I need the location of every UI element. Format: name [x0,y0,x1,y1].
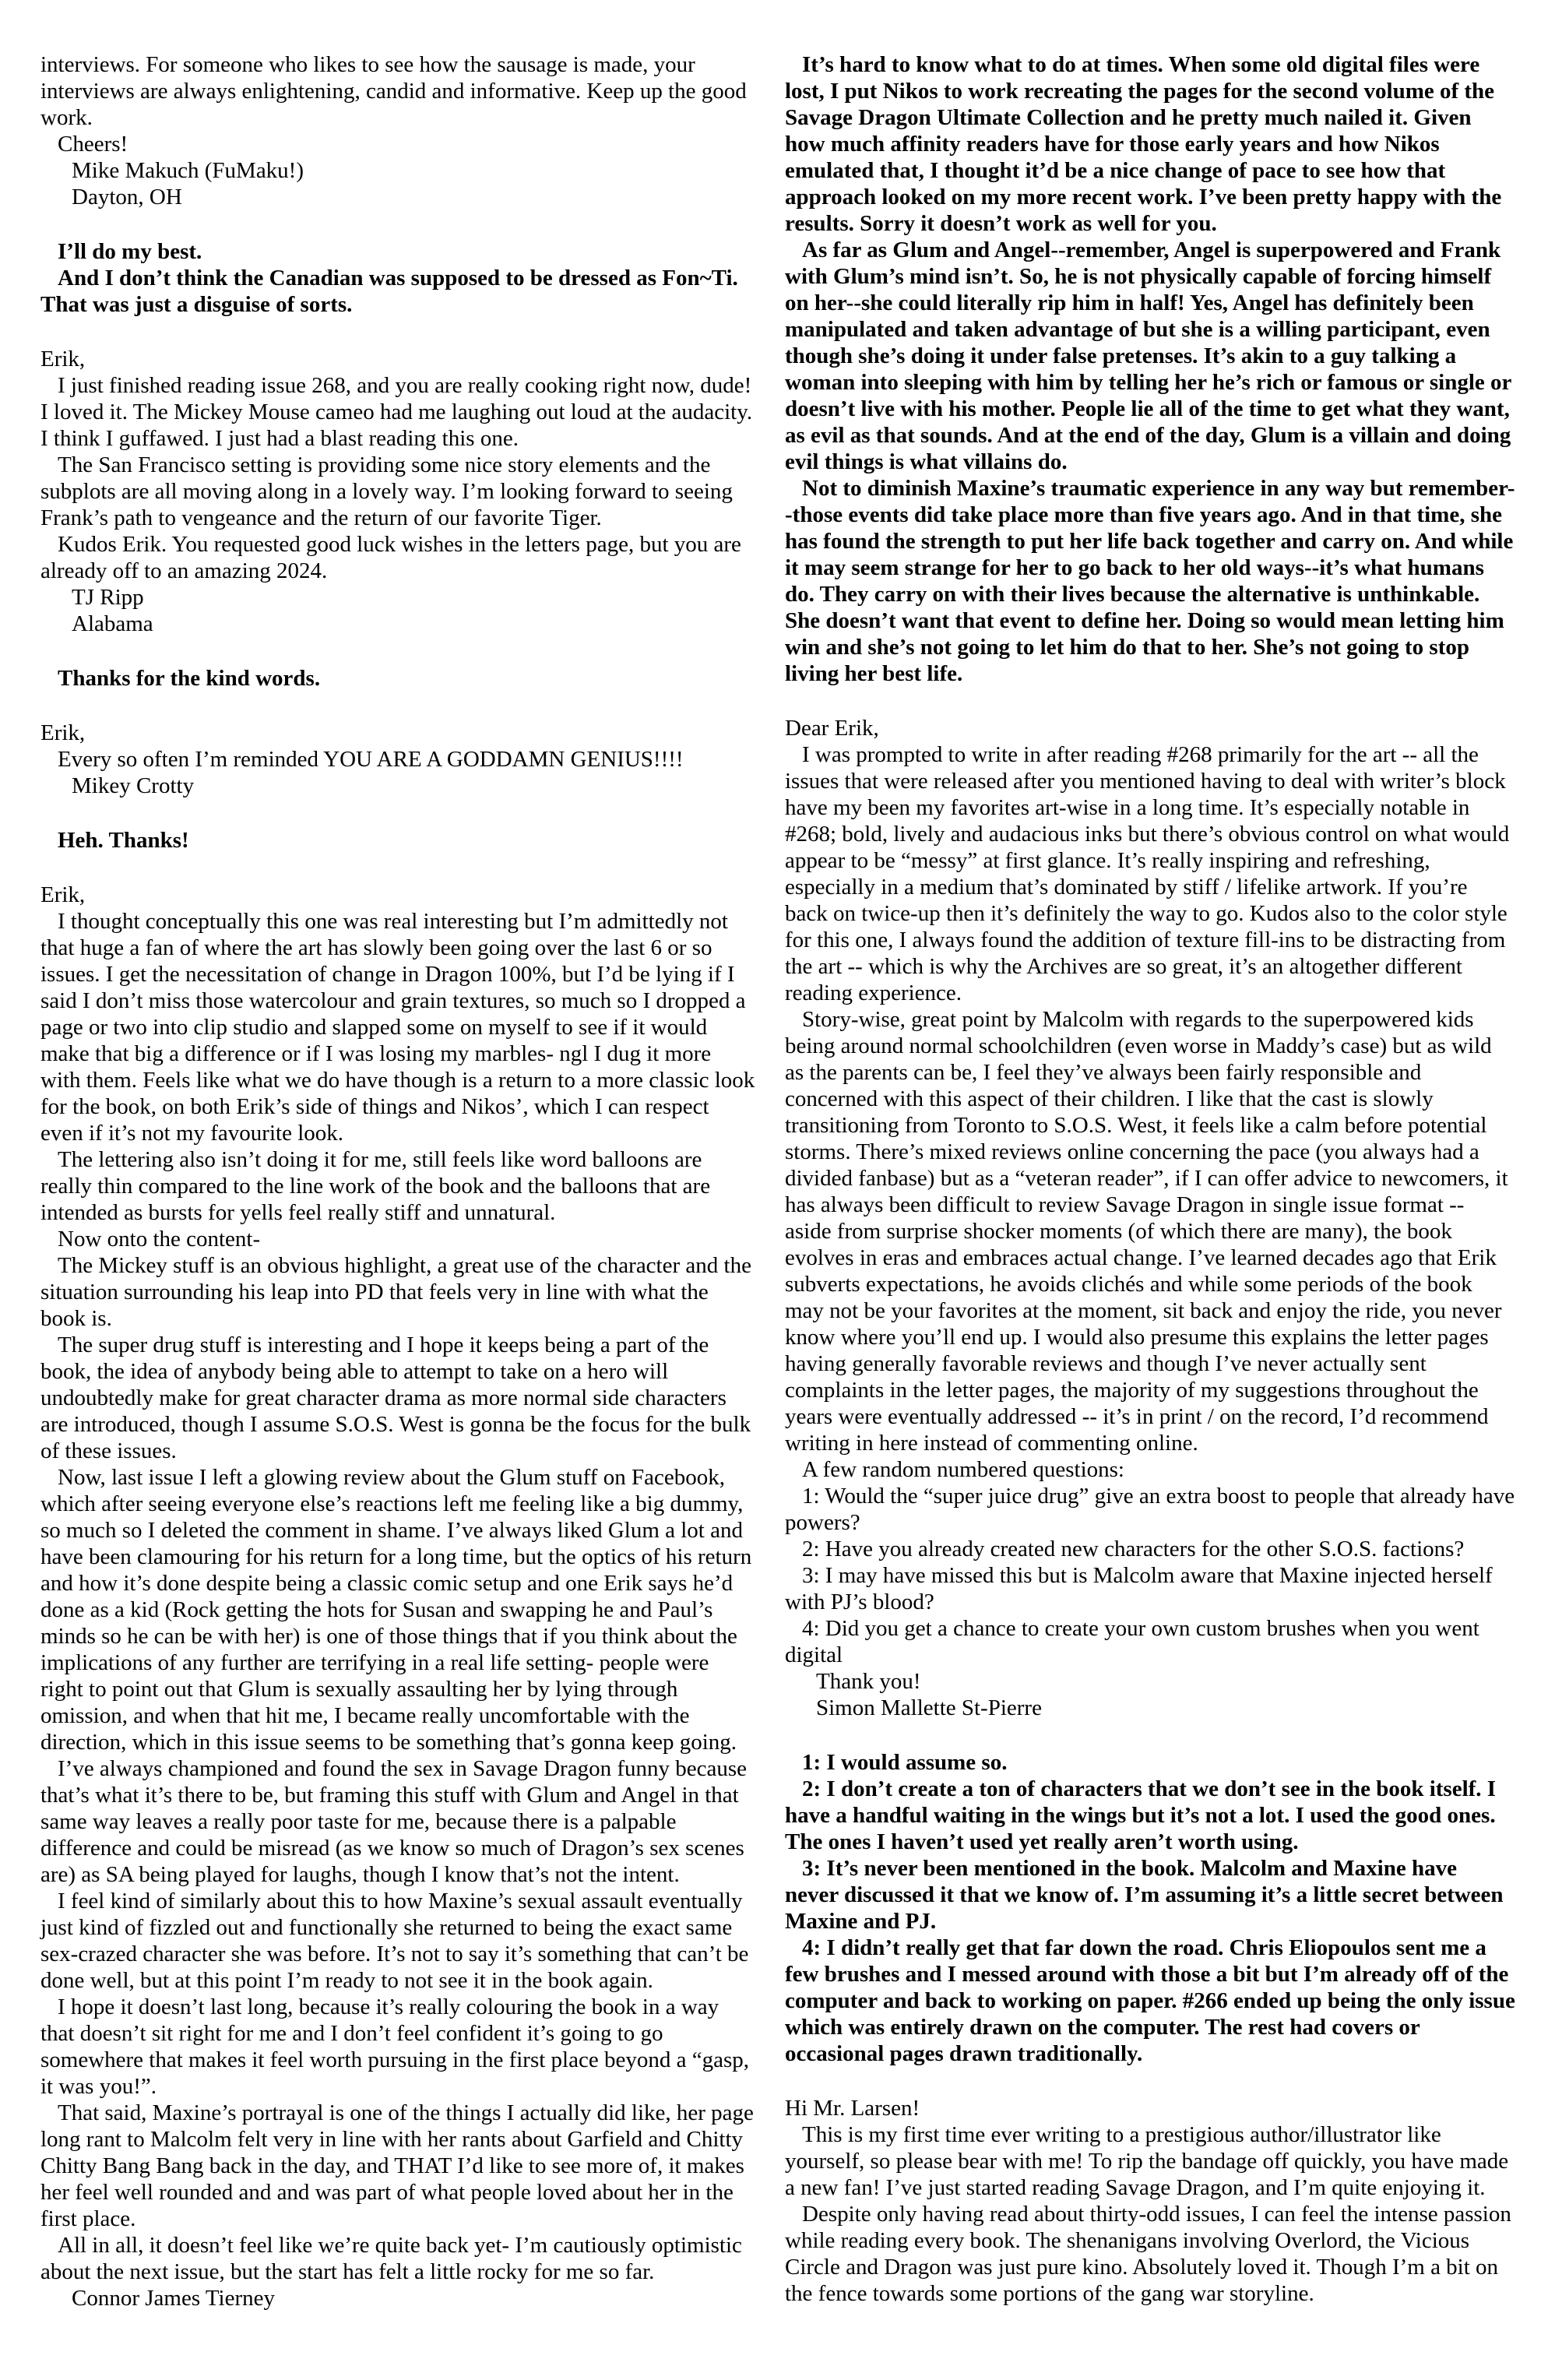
letter-signature: Dayton, OH [40,184,755,210]
editor-response: I’ll do my best. [40,238,755,265]
letter-closing: Cheers! [40,131,755,157]
letter-question: 4: Did you get a chance to create your o… [785,1615,1515,1668]
letter-paragraph: interviews. For someone who likes to see… [40,51,755,131]
letter-salutation: Erik, [40,346,755,372]
editor-response: As far as Glum and Angel--remember, Ange… [785,237,1515,475]
letter-salutation: Hi Mr. Larsen! [785,2095,1515,2121]
letter-question: 1: Would the “super juice drug” give an … [785,1483,1515,1536]
letter-signature: Mike Makuch (FuMaku!) [40,157,755,184]
letter-paragraph: I feel kind of similarly about this to h… [40,1888,755,1994]
letter-paragraph: I thought conceptually this one was real… [40,908,755,1146]
letter-paragraph: Despite only having read about thirty-od… [785,2201,1515,2307]
letter-salutation: Erik, [40,882,755,908]
editor-answer: 1: I would assume so. [785,1749,1515,1776]
letter-paragraph: Now, last issue I left a glowing review … [40,1464,755,1755]
letter-paragraph: This is my first time ever writing to a … [785,2121,1515,2201]
letter-signature: TJ Ripp [40,584,755,611]
editor-response: Thanks for the kind words. [40,665,755,692]
column-right: It’s hard to know what to do at times. W… [785,51,1515,2307]
letter-signature: Connor James Tierney [40,2285,755,2311]
letter-paragraph: I’ve always championed and found the sex… [40,1755,755,1888]
letter-paragraph: The San Francisco setting is providing s… [40,452,755,531]
editor-answer: 2: I don’t create a ton of characters th… [785,1776,1515,1855]
letter-paragraph: Story-wise, great point by Malcolm with … [785,1006,1515,1456]
letter-paragraph: I was prompted to write in after reading… [785,741,1515,1006]
letter-paragraph: All in all, it doesn’t feel like we’re q… [40,2232,755,2285]
editor-response: Not to diminish Maxine’s traumatic exper… [785,475,1515,687]
letter-signature: Alabama [40,611,755,637]
letter-paragraph: I hope it doesn’t last long, because it’… [40,1994,755,2100]
letter-salutation: Dear Erik, [785,715,1515,741]
column-left: interviews. For someone who likes to see… [40,51,755,2311]
editor-response: It’s hard to know what to do at times. W… [785,51,1515,237]
letter-paragraph: That said, Maxine’s portrayal is one of … [40,2100,755,2232]
letter-signature: Mikey Crotty [40,773,755,799]
editor-response: And I don’t think the Canadian was suppo… [40,265,755,318]
letter-paragraph: A few random numbered questions: [785,1456,1515,1483]
letter-paragraph: Kudos Erik. You requested good luck wish… [40,531,755,584]
letter-signature: Simon Mallette St-Pierre [785,1695,1515,1721]
letter-closing: Thank you! [785,1668,1515,1695]
editor-response: Heh. Thanks! [40,827,755,854]
letter-paragraph: The super drug stuff is interesting and … [40,1332,755,1464]
letter-paragraph: Every so often I’m reminded YOU ARE A GO… [40,746,755,773]
letter-question: 3: I may have missed this but is Malcolm… [785,1562,1515,1615]
letter-paragraph: The Mickey stuff is an obvious highlight… [40,1252,755,1332]
editor-answer: 3: It’s never been mentioned in the book… [785,1855,1515,1935]
letter-salutation: Erik, [40,720,755,746]
letter-paragraph: Now onto the content- [40,1226,755,1252]
letters-page: interviews. For someone who likes to see… [0,0,1548,2380]
editor-answer: 4: I didn’t really get that far down the… [785,1935,1515,2067]
letter-paragraph: I just finished reading issue 268, and y… [40,372,755,452]
letter-paragraph: The lettering also isn’t doing it for me… [40,1146,755,1226]
letter-question: 2: Have you already created new characte… [785,1536,1515,1562]
